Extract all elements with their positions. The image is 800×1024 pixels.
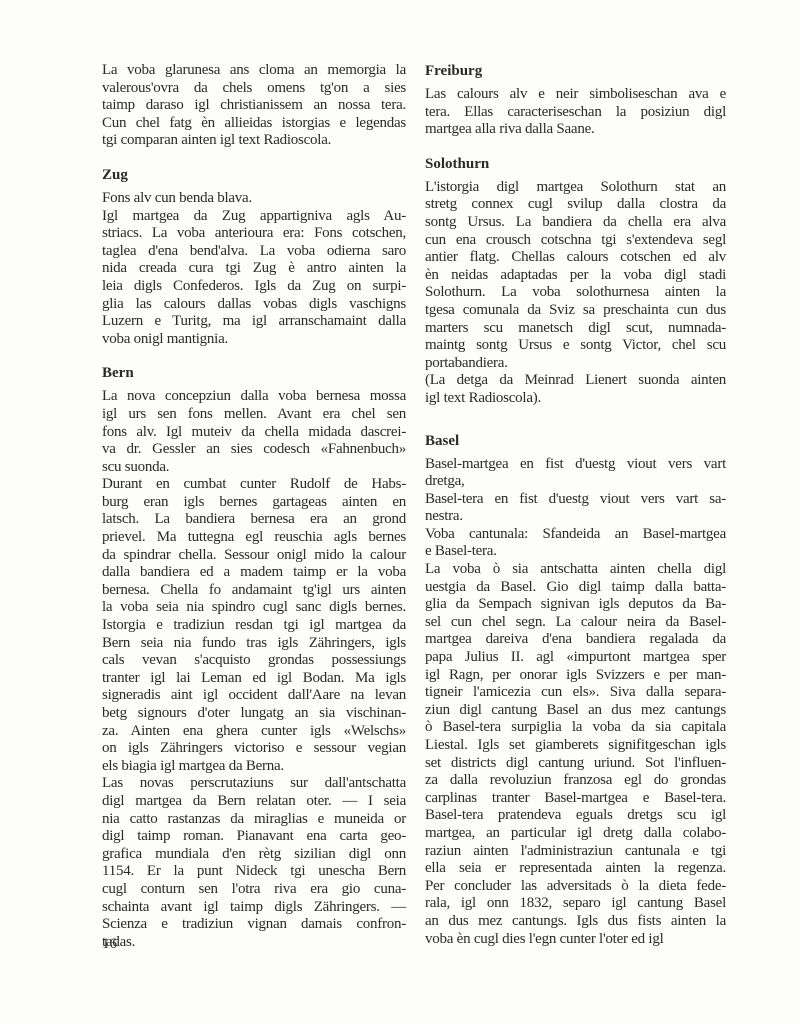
text-line: scu suonda. xyxy=(102,459,406,477)
text-line: portabandiera. xyxy=(425,355,726,373)
text-line: Basel-martgea en fist d'uestg viout vers… xyxy=(425,456,726,474)
text-line: Voba cantunala: Sfandeida an Basel-martg… xyxy=(425,526,726,544)
text-line: taimp daraso igl christianissem an nossa… xyxy=(102,97,406,115)
text-line: nestra. xyxy=(425,508,726,526)
text-line: igl urs sen fons mellen. Avant era chel … xyxy=(102,406,406,424)
text-line: an dus mez cantungs. Igls dus fists aint… xyxy=(425,913,726,931)
text-line: Luzern e Turitg, ma igl arranschamaint d… xyxy=(102,313,406,331)
text-line: carplinas tranter Basel-martgea e Basel-… xyxy=(425,790,726,808)
section-body-bern: La nova concepziun dalla voba bernesa mo… xyxy=(102,388,406,951)
intro-paragraph: La voba glarunesa ans cloma an memorgia … xyxy=(102,62,406,150)
text-line: glia las calours dallas vobas digls vasc… xyxy=(102,296,406,314)
text-line: prievel. Ma tuttegna egl reuschia agls b… xyxy=(102,529,406,547)
text-line: tera. Ellas caracteriseschan la posiziun… xyxy=(425,104,726,122)
section-body-solothurn: L'istorgia digl martgea Solothurn stat a… xyxy=(425,179,726,408)
text-line: nida creada cura tgi Zug è antro ainten … xyxy=(102,260,406,278)
section-basel: Basel Basel-martgea en fist d'uestg viou… xyxy=(425,432,726,949)
text-line: cun ena crousch cotschna tgi s'extendeva… xyxy=(425,232,726,250)
section-zug: Zug Fons alv cun benda blava.Igl martgea… xyxy=(102,166,406,348)
text-line: marters scu manetsch digl scut, numnada- xyxy=(425,320,726,338)
section-body-basel: Basel-martgea en fist d'uestg viout vers… xyxy=(425,456,726,949)
section-body-freiburg: Las calours alv e neir simboliseschan av… xyxy=(425,86,726,139)
text-line: grafica mundiala d'en rètg sizilian digl… xyxy=(102,846,406,864)
text-line: L'istorgia digl martgea Solothurn stat a… xyxy=(425,179,726,197)
text-line: nia catto rastanzas da miraglias e munei… xyxy=(102,811,406,829)
text-line: la voba seia nia spindro cugl sanc digls… xyxy=(102,599,406,617)
section-heading-zug: Zug xyxy=(102,166,406,184)
text-line: cals vevan s'acquisto grondas possessiun… xyxy=(102,652,406,670)
text-line: Per concluder las adversitads ò la dieta… xyxy=(425,878,726,896)
text-line: burg eran igls bernes gartageas ainten e… xyxy=(102,494,406,512)
text-line: glia da Sempach signivan igls deputos da… xyxy=(425,596,726,614)
text-line: martgea, an particular igl dretg dalla c… xyxy=(425,825,726,843)
section-heading-solothurn: Solothurn xyxy=(425,155,726,173)
right-column: Freiburg Las calours alv e neir simbolis… xyxy=(425,62,726,948)
text-line: va dr. Gessler an sies codesch «Fahnenbu… xyxy=(102,441,406,459)
text-line: sontg Ursus. La bandiera da chella era a… xyxy=(425,214,726,232)
page-number: 16 xyxy=(102,936,117,953)
text-line: fons alv. Igl muteiv da chella midada da… xyxy=(102,424,406,442)
text-line: tadas. xyxy=(102,934,406,952)
text-line: Igl martgea da Zug appartigniva agls Au- xyxy=(102,208,406,226)
text-line: Liestal. Igls set giamberets signifitges… xyxy=(425,737,726,755)
text-line: tigneir l'amicezia cun els». Siva dalla … xyxy=(425,684,726,702)
text-line: da spindrar chella. Sessour onigl mido l… xyxy=(102,547,406,565)
text-line: 1154. Er la punt Nideck tgi unescha Bern xyxy=(102,863,406,881)
text-line: Las calours alv e neir simboliseschan av… xyxy=(425,86,726,104)
text-line: dretga, xyxy=(425,473,726,491)
text-line: Cun chel fatg èn allieidas istorgias e l… xyxy=(102,115,406,133)
text-line: ziun digl cantung Basel an dus mez cantu… xyxy=(425,702,726,720)
text-line: La voba ò sia antschatta ainten chella d… xyxy=(425,561,726,579)
text-line: voba onigl mantignia. xyxy=(102,331,406,349)
text-line: papa Julius II. agl «impurtont martgea s… xyxy=(425,649,726,667)
text-line: on igls Zähringers victoriso e sessour v… xyxy=(102,740,406,758)
text-line: Fons alv cun benda blava. xyxy=(102,190,406,208)
section-freiburg: Freiburg Las calours alv e neir simbolis… xyxy=(425,62,726,139)
text-line: digl taimp roman. Pianavant ena carta ge… xyxy=(102,828,406,846)
text-line: digl martgea da Bern relatan oter. — I s… xyxy=(102,793,406,811)
text-line: striacs. La voba anterioura era: Fons co… xyxy=(102,225,406,243)
text-line: Istorgia e tradiziun resdan tgi igl mart… xyxy=(102,617,406,635)
section-heading-freiburg: Freiburg xyxy=(425,62,726,80)
text-line: taglea d'ena bend'alva. La voba odierna … xyxy=(102,243,406,261)
text-line: tgi comparan ainten igl text Radioscola. xyxy=(102,132,406,150)
text-line: signeradis aint igl occident dall'Aare n… xyxy=(102,687,406,705)
text-line: Durant en cumbat cunter Rudolf de Habs- xyxy=(102,476,406,494)
text-line: valerous'ovra da chels omens tg'on a sie… xyxy=(102,80,406,98)
text-line: Basel-tera pratendeva eguals dretgs scu … xyxy=(425,807,726,825)
text-line: igl Ragn, per onorar igls Svizzers e per… xyxy=(425,667,726,685)
text-line: èn neidas adaptadas per la voba digl sta… xyxy=(425,267,726,285)
left-column: La voba glarunesa ans cloma an memorgia … xyxy=(102,62,406,951)
text-line: Solothurn. La voba solothurnesa ainten l… xyxy=(425,284,726,302)
text-line: sel cun chel segn. La calour neira da Ba… xyxy=(425,614,726,632)
text-line: ella seia er representada ainten la rege… xyxy=(425,860,726,878)
text-line: raziun ainten l'administraziun cantunala… xyxy=(425,843,726,861)
text-line: Las novas perscrutaziuns sur dall'antsch… xyxy=(102,775,406,793)
section-bern: Bern La nova concepziun dalla voba berne… xyxy=(102,364,406,951)
text-line: antier flatg. Chellas calours cotschen e… xyxy=(425,249,726,267)
text-line: Basel-tera en fist d'uestg viout vers va… xyxy=(425,491,726,509)
text-line: rala, igl onn 1832, separo igl cantung B… xyxy=(425,895,726,913)
section-heading-basel: Basel xyxy=(425,432,726,450)
text-line: uestgia da Basel. Gio digl taimp dalla b… xyxy=(425,579,726,597)
text-line: za. Ainten ena ghera cunter igls «Welsch… xyxy=(102,723,406,741)
text-line: schainta avant igl taimp digls Zähringer… xyxy=(102,899,406,917)
text-line: Scienza e tradiziun vignan damais confro… xyxy=(102,916,406,934)
text-line: Bern seia nia fundo tras igls Zähringers… xyxy=(102,635,406,653)
text-line: latsch. La bandiera bernesa era an grond xyxy=(102,511,406,529)
text-line: (La detga da Meinrad Lienert suonda aint… xyxy=(425,372,726,390)
text-line: bernesa. Chella fo andamaint tg'igl urs … xyxy=(102,582,406,600)
text-line: voba èn cugl dies l'egn cunter l'oter ed… xyxy=(425,931,726,949)
section-heading-bern: Bern xyxy=(102,364,406,382)
text-line: tranter igl lai Leman ed igl Bodan. Ma i… xyxy=(102,670,406,688)
text-line: ò Basel-tera surpiglia la voba da sia ca… xyxy=(425,719,726,737)
text-line: martgea alla riva dalla Saane. xyxy=(425,121,726,139)
text-line: set districts digl cantung uriund. Sot l… xyxy=(425,755,726,773)
text-line: martgea dareiva d'ena bandiera regalada … xyxy=(425,631,726,649)
text-line: stretg connex cugl svilup dalla clostra … xyxy=(425,196,726,214)
text-line: za dalla revoluziun franzosa egl do gron… xyxy=(425,772,726,790)
text-line: e Basel-tera. xyxy=(425,543,726,561)
text-line: tgesa comunala da Sviz sa preschainta cu… xyxy=(425,302,726,320)
text-line: La voba glarunesa ans cloma an memorgia … xyxy=(102,62,406,80)
section-solothurn: Solothurn L'istorgia digl martgea Soloth… xyxy=(425,155,726,408)
text-line: betg signours d'oter lungatg an sia visc… xyxy=(102,705,406,723)
text-line: els biagia igl martgea da Berna. xyxy=(102,758,406,776)
text-line: La nova concepziun dalla voba bernesa mo… xyxy=(102,388,406,406)
text-line: cugl conturn sen l'otra riva era gio cun… xyxy=(102,881,406,899)
text-line: dalla bandiera ed a madem taimp er la vo… xyxy=(102,564,406,582)
text-line: leia digls Confederos. Igls da Zug on su… xyxy=(102,278,406,296)
text-line: maintg sontg Ursus e sontg Victor, chel … xyxy=(425,337,726,355)
text-line: igl text Radioscola). xyxy=(425,390,726,408)
section-body-zug: Fons alv cun benda blava.Igl martgea da … xyxy=(102,190,406,348)
